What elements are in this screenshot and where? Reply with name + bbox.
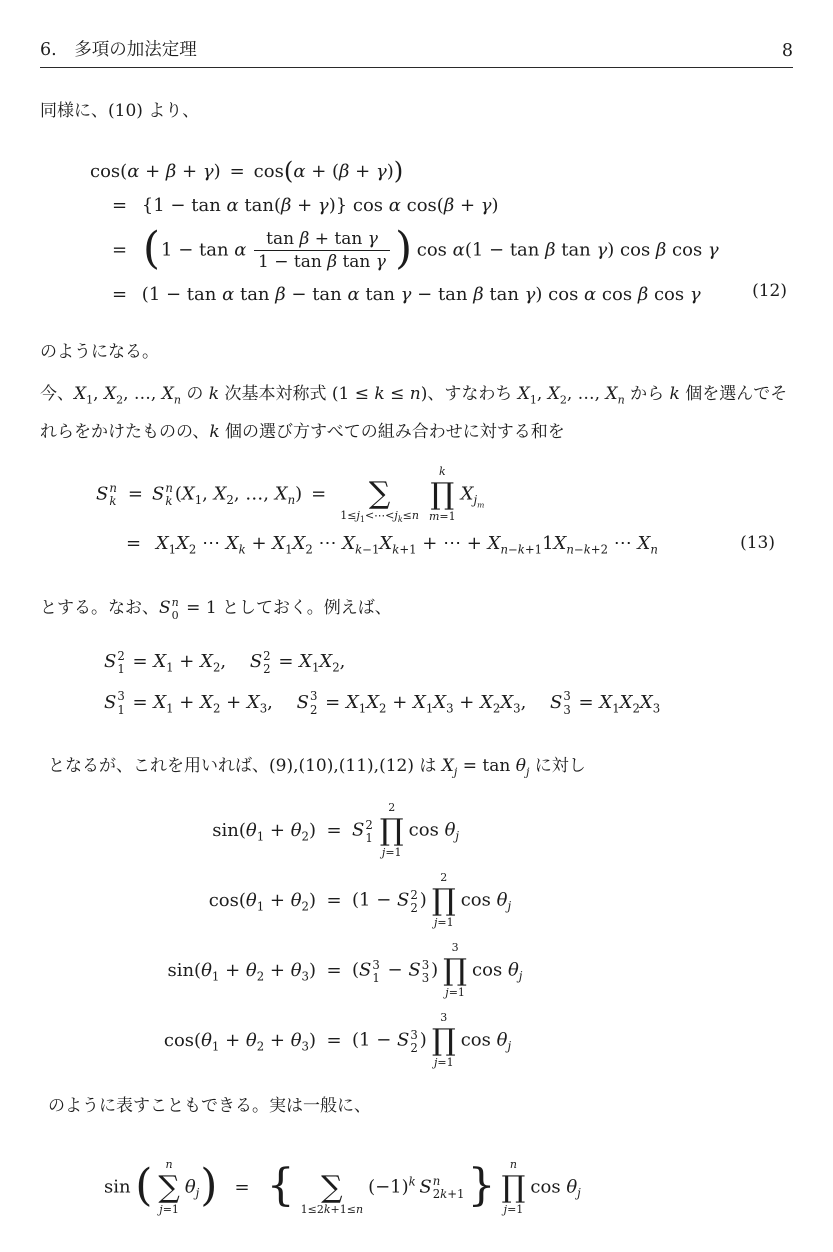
- equation-line: = {1 − tan α tan(β + γ)} cos α cos(β + γ…: [90, 192, 803, 220]
- equation-rhs: (1 − S32)3∏j=1cos θj: [352, 1006, 522, 1076]
- paragraph-intro: 同様に、(10) より、: [40, 95, 199, 127]
- equation-line: Snk = Snk(X1, X2, …, Xn) = ∑1≤j1<⋯<jk≤nk…: [96, 465, 803, 524]
- equals-sign: =: [316, 1006, 352, 1076]
- equation-number-12: (12): [752, 281, 787, 301]
- running-head: 6. 多項の加法定理 8: [40, 36, 793, 68]
- equals-sign: =: [234, 1177, 249, 1198]
- equation-line: = X1X2 ⋯ Xk + X1X2 ⋯ Xk−1Xk+1 + ⋯ + Xn−k…: [96, 530, 803, 559]
- equation-lhs: cos(θ1 + θ2): [104, 866, 316, 936]
- equals-sign: =: [316, 936, 352, 1006]
- equation-s-examples: S21 = X1 + X2, S22 = X1X2, S31 = X1 + X2…: [104, 648, 660, 717]
- equation-line: = (1 − tan α tan β + tan γ1 − tan β tan …: [90, 228, 803, 273]
- paragraph-general-intro: のように表すこともできる。実は一般に、: [48, 1090, 371, 1122]
- equation-lhs: sin(θ1 + θ2): [104, 796, 316, 866]
- document-page: 6. 多項の加法定理 8 同様に、(10) より、 cos(α + β + γ)…: [0, 0, 833, 1252]
- equation-rhs: { ∑1≤2k+1≤n(−1)k Sn2k+1}n∏j=1cos θj: [266, 1159, 581, 1216]
- equation-theta-block: sin(θ1 + θ2) = S212∏j=1cos θj cos(θ1 + θ…: [104, 796, 522, 1076]
- equation-general-sine: sin (n∑j=1θj) = { ∑1≤2k+1≤n(−1)k Sn2k+1}…: [104, 1140, 581, 1235]
- section-title: 6. 多項の加法定理: [40, 36, 197, 61]
- equation-rhs: (1 − S22)2∏j=1cos θj: [352, 866, 522, 936]
- equation-lhs: sin(θ1 + θ2 + θ3): [104, 936, 316, 1006]
- paragraph-symmetric-polynomial: 今、X1, X2, …, Xn の k 次基本対称式 (1 ≤ k ≤ n)、す…: [40, 378, 795, 448]
- equation-rhs: S212∏j=1cos θj: [352, 796, 522, 866]
- equation-12: cos(α + β + γ) = cos(α + (β + γ)) = {1 −…: [90, 158, 803, 309]
- equation-number-13: (13): [740, 533, 775, 553]
- page-number: 8: [782, 41, 793, 61]
- paragraph-result: のようになる。: [40, 336, 159, 368]
- equation-lhs: cos(θ1 + θ2 + θ3): [104, 1006, 316, 1076]
- equation-lhs: sin (n∑j=1θj): [104, 1159, 218, 1216]
- paragraph-substitution: となるが、これを用いれば、(9),(10),(11),(12) は Xj = t…: [48, 750, 586, 788]
- equation-line: = (1 − tan α tan β − tan α tan γ − tan β…: [90, 281, 803, 309]
- equals-sign: =: [316, 796, 352, 866]
- equation-13: Snk = Snk(X1, X2, …, Xn) = ∑1≤j1<⋯<jk≤nk…: [96, 465, 803, 559]
- equation-rhs: (S31 − S33)3∏j=1cos θj: [352, 936, 522, 1006]
- paragraph-s0-definition: とする。なお、Sn0 = 1 としておく。例えば、: [40, 592, 392, 624]
- equation-line: S31 = X1 + X2 + X3, S32 = X1X2 + X1X3 + …: [104, 689, 660, 718]
- equation-line: cos(α + β + γ) = cos(α + (β + γ)): [90, 158, 803, 186]
- equals-sign: =: [316, 866, 352, 936]
- equation-line: S21 = X1 + X2, S22 = X1X2,: [104, 648, 660, 677]
